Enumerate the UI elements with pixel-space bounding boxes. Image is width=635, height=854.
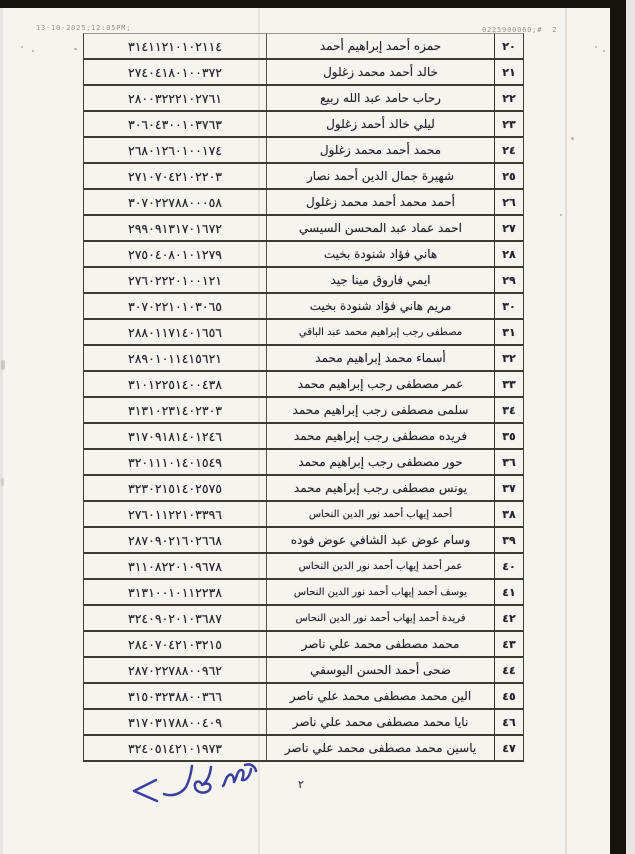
- row-number-cell: ٣٣: [494, 372, 523, 396]
- national-id-cell: ٣١٤١١٢١٠١٠٢١١٤: [84, 34, 267, 58]
- national-id-cell: ٢٧٥٠٤٠٨٠١٠١٢٧٩: [84, 242, 267, 266]
- table-row: ٢٧٥٠٤٠٨٠١٠١٢٧٩هاني فؤاد شنودة بخيت٢٨: [84, 242, 523, 268]
- scan-artifact-dot: [21, 46, 23, 48]
- row-number-cell: ٣٨: [494, 502, 523, 526]
- national-id-cell: ٢٨٩٠١٠١١٤١٥٦٢١: [84, 346, 267, 370]
- table-row: ٣٢٠١١١٠١٤٠١٥٤٩حور مصطفى رجب إبراهيم محمد…: [84, 450, 523, 476]
- student-name-cell: نايا محمد مصطفى محمد علي ناصر: [267, 710, 494, 734]
- student-name-cell: ليلي خالد أحمد زغلول: [267, 112, 494, 136]
- national-id-cell: ٣٠٧٠٢٢٧٨٨٠٠٠٥٨: [84, 190, 267, 214]
- table-row: ٢٧١٠٧٠٤٢١٠٢٢٠٣شهيرة جمال الدين أحمد نصار…: [84, 164, 523, 190]
- scan-artifact-dot: [603, 50, 605, 52]
- scan-artifact-dot: [560, 214, 562, 216]
- table-row: ٣١١٠٨٢٢٠١٠٩٦٧٨عمر أحمد إيهاب أحمد نور ال…: [84, 554, 523, 580]
- row-number-cell: ٤٢: [494, 606, 523, 630]
- scanned-page: 13-10-2025;12:05PM; 0225900060;# 2 ٣١٤١١…: [0, 0, 635, 854]
- row-number-cell: ٤٥: [494, 684, 523, 708]
- national-id-cell: ٣١٧٠٩١٨١٤٠١٢٤٦: [84, 424, 267, 448]
- table-row: ٣١٤١١٢١٠١٠٢١١٤حمزه أحمد إبراهيم أحمد٢٠: [84, 34, 523, 60]
- national-id-cell: ٢٧٦٠١١٢٢١٠٣٣٩٦: [84, 502, 267, 526]
- table-row: ٢٨٠٠٣٢٢٢١٠٢٧٦١رحاب حامد عبد الله ربيع٢٢: [84, 86, 523, 112]
- national-id-cell: ٢٨٤٠٧٠٤٢١٠٣٢١٥: [84, 632, 267, 656]
- row-number-cell: ٣٥: [494, 424, 523, 448]
- student-name-cell: شهيرة جمال الدين أحمد نصار: [267, 164, 494, 188]
- scan-left-edge: [0, 8, 3, 854]
- table-row: ٢٧٤٠٤١٨٠١٠٠٣٧٢خالد أحمد محمد زغلول٢١: [84, 60, 523, 86]
- student-name-cell: ضحى أحمد الحسن اليوسفي: [267, 658, 494, 682]
- table-row: ٢٨٩٠١٠١١٤١٥٦٢١أسماء محمد إبراهيم محمد٣٢: [84, 346, 523, 372]
- row-number-cell: ٣١: [494, 320, 523, 344]
- national-id-cell: ٢٨٠٠٣٢٢٢١٠٢٧٦١: [84, 86, 267, 110]
- table-row: ٣٠٧٠٢٢١٠١٠٣٠٦٥مريم هاني فؤاد شنودة بخيت٣…: [84, 294, 523, 320]
- scan-artifact-smudge: [1, 478, 4, 486]
- scan-artifact-dot: [571, 137, 574, 140]
- student-name-cell: يونس مصطفى رجب إبراهيم محمد: [267, 476, 494, 500]
- student-name-cell: عمر مصطفى رجب إبراهيم محمد: [267, 372, 494, 396]
- scan-artifact-smudge: [1, 360, 5, 370]
- row-number-cell: ٢٥: [494, 164, 523, 188]
- page-number: ٢: [298, 778, 304, 791]
- student-name-cell: محمد مصطفى محمد علي ناصر: [267, 632, 494, 656]
- row-number-cell: ٢٩: [494, 268, 523, 292]
- national-id-cell: ٣٢٣٠٢١٥١٤٠٢٥٧٥: [84, 476, 267, 500]
- student-name-cell: هاني فؤاد شنودة بخيت: [267, 242, 494, 266]
- national-id-cell: ٣١١٠٨٢٢٠١٠٩٦٧٨: [84, 554, 267, 578]
- national-id-cell: ٣٢٤٠٩٠٢٠١٠٣٦٨٧: [84, 606, 267, 630]
- national-id-cell: ٣٠٦٠٤٣٠٠١٠٣٧٦٣: [84, 112, 267, 136]
- student-name-cell: ياسين محمد مصطفى محمد علي ناصر: [267, 736, 494, 760]
- student-name-cell: حمزه أحمد إبراهيم أحمد: [267, 34, 494, 58]
- student-name-cell: مصطفى رجب إبراهيم محمد عبد الباقي: [267, 320, 494, 344]
- row-number-cell: ٢٦: [494, 190, 523, 214]
- national-id-cell: ٢٧٦٠٢٢٢٠١٠٠١٢١: [84, 268, 267, 292]
- national-id-cell: ٢٨٧٠٢٢٧٨٨٠٠٩٦٢: [84, 658, 267, 682]
- national-id-cell: ٣٢٤٠٥١٤٢١٠١٩٧٣: [84, 736, 267, 760]
- row-number-cell: ٢٢: [494, 86, 523, 110]
- national-id-cell: ٣١٣١٠٠١٠١١٢٢٣٨: [84, 580, 267, 604]
- row-number-cell: ٢٨: [494, 242, 523, 266]
- roster-table-body: ٣١٤١١٢١٠١٠٢١١٤حمزه أحمد إبراهيم أحمد٢٠٢٧…: [84, 34, 523, 762]
- row-number-cell: ٣٩: [494, 528, 523, 552]
- student-name-cell: رحاب حامد عبد الله ربيع: [267, 86, 494, 110]
- table-row: ٢٧٦٠٢٢٢٠١٠٠١٢١ايمي فاروق مينا جيد٢٩: [84, 268, 523, 294]
- table-row: ٣٠٧٠٢٢٧٨٨٠٠٠٥٨أحمد محمد أحمد محمد زغلول٢…: [84, 190, 523, 216]
- student-name-cell: أسماء محمد إبراهيم محمد: [267, 346, 494, 370]
- row-number-cell: ٢٣: [494, 112, 523, 136]
- table-row: ٢٦٨٠١٢٦٠١٠٠١٧٤محمد أحمد محمد زغلول٢٤: [84, 138, 523, 164]
- student-name-cell: وسام عوض عبد الشافي عوض فوده: [267, 528, 494, 552]
- scan-artifact-dot: [74, 48, 77, 50]
- scan-right-margin: [626, 0, 635, 854]
- table-row: ٢٨٤٠٧٠٤٢١٠٣٢١٥محمد مصطفى محمد علي ناصر٤٣: [84, 632, 523, 658]
- national-id-cell: ٣١٠١٢٢٥١٤٠٠٤٣٨: [84, 372, 267, 396]
- table-row: ٢٨٧٠٢٢٧٨٨٠٠٩٦٢ضحى أحمد الحسن اليوسفي٤٤: [84, 658, 523, 684]
- table-row: ٣١٣١٠٠١٠١١٢٢٣٨يوسف أحمد إيهاب أحمد نور ا…: [84, 580, 523, 606]
- student-name-cell: مريم هاني فؤاد شنودة بخيت: [267, 294, 494, 318]
- student-name-cell: أحمد إيهاب أحمد نور الدين النحاس: [267, 502, 494, 526]
- paper-crease-right: [565, 8, 567, 854]
- scan-right-border: [610, 0, 626, 854]
- row-number-cell: ٤٦: [494, 710, 523, 734]
- student-name-cell: عمر أحمد إيهاب أحمد نور الدين النحاس: [267, 554, 494, 578]
- table-row: ٣١٣١٠٢٣١٤٠٢٣٠٣سلمى مصطفى رجب إبراهيم محم…: [84, 398, 523, 424]
- signature-ink: [128, 761, 258, 805]
- scan-artifact-dot: [32, 50, 34, 52]
- row-number-cell: ٤٠: [494, 554, 523, 578]
- table-row: ٣٢٤٠٩٠٢٠١٠٣٦٨٧فريدة أحمد إيهاب أحمد نور …: [84, 606, 523, 632]
- row-number-cell: ٣٧: [494, 476, 523, 500]
- row-number-cell: ٢٠: [494, 34, 523, 58]
- national-id-cell: ٢٩٩٠٩١٣١٧٠١٦٧٢: [84, 216, 267, 240]
- row-number-cell: ٤٣: [494, 632, 523, 656]
- student-name-cell: فريده مصطفى رجب إبراهيم محمد: [267, 424, 494, 448]
- national-id-cell: ٣١٧٠٣١٧٨٨٠٠٤٠٩: [84, 710, 267, 734]
- row-number-cell: ٣٠: [494, 294, 523, 318]
- student-name-cell: يوسف أحمد إيهاب أحمد نور الدين النحاس: [267, 580, 494, 604]
- table-row: ٢٧٦٠١١٢٢١٠٣٣٩٦أحمد إيهاب أحمد نور الدين …: [84, 502, 523, 528]
- row-number-cell: ٣٦: [494, 450, 523, 474]
- row-number-cell: ٣٢: [494, 346, 523, 370]
- national-id-cell: ٣١٣١٠٢٣١٤٠٢٣٠٣: [84, 398, 267, 422]
- row-number-cell: ٢١: [494, 60, 523, 84]
- table-row: ٣١٥٠٣٢٣٨٨٠٠٣٦٦الين محمد مصطفى محمد علي ن…: [84, 684, 523, 710]
- scan-artifact-dot: [595, 46, 597, 48]
- row-number-cell: ٤١: [494, 580, 523, 604]
- row-number-cell: ٤٧: [494, 736, 523, 760]
- row-number-cell: ٢٤: [494, 138, 523, 162]
- fax-timestamp: 13-10-2025;12:05PM;: [36, 24, 131, 32]
- table-row: ٣٢٤٠٥١٤٢١٠١٩٧٣ياسين محمد مصطفى محمد علي …: [84, 736, 523, 762]
- row-number-cell: ٢٧: [494, 216, 523, 240]
- table-row: ٣٢٣٠٢١٥١٤٠٢٥٧٥يونس مصطفى رجب إبراهيم محم…: [84, 476, 523, 502]
- national-id-cell: ٢٧١٠٧٠٤٢١٠٢٢٠٣: [84, 164, 267, 188]
- national-id-cell: ٣٢٠١١١٠١٤٠١٥٤٩: [84, 450, 267, 474]
- roster-table: ٣١٤١١٢١٠١٠٢١١٤حمزه أحمد إبراهيم أحمد٢٠٢٧…: [83, 33, 524, 762]
- national-id-cell: ٢٧٤٠٤١٨٠١٠٠٣٧٢: [84, 60, 267, 84]
- table-row: ٣١٧٠٩١٨١٤٠١٢٤٦فريده مصطفى رجب إبراهيم مح…: [84, 424, 523, 450]
- national-id-cell: ٣٠٧٠٢٢١٠١٠٣٠٦٥: [84, 294, 267, 318]
- row-number-cell: ٤٤: [494, 658, 523, 682]
- student-name-cell: فريدة أحمد إيهاب أحمد نور الدين النحاس: [267, 606, 494, 630]
- national-id-cell: ٣١٥٠٣٢٣٨٨٠٠٣٦٦: [84, 684, 267, 708]
- student-name-cell: خالد أحمد محمد زغلول: [267, 60, 494, 84]
- table-row: ٢٩٩٠٩١٣١٧٠١٦٧٢احمد عماد عبد المحسن السيس…: [84, 216, 523, 242]
- row-number-cell: ٣٤: [494, 398, 523, 422]
- student-name-cell: محمد أحمد محمد زغلول: [267, 138, 494, 162]
- student-name-cell: حور مصطفى رجب إبراهيم محمد: [267, 450, 494, 474]
- student-name-cell: ايمي فاروق مينا جيد: [267, 268, 494, 292]
- national-id-cell: ٢٨٨٠١١٧١٤٠١٦٥٦: [84, 320, 267, 344]
- table-row: ٢٨٨٠١١٧١٤٠١٦٥٦مصطفى رجب إبراهيم محمد عبد…: [84, 320, 523, 346]
- student-name-cell: سلمى مصطفى رجب إبراهيم محمد: [267, 398, 494, 422]
- national-id-cell: ٢٨٧٠٩٠٢١٦٠٢٦٦٨: [84, 528, 267, 552]
- table-row: ٣١٠١٢٢٥١٤٠٠٤٣٨عمر مصطفى رجب إبراهيم محمد…: [84, 372, 523, 398]
- scan-top-border: [0, 0, 622, 8]
- national-id-cell: ٢٦٨٠١٢٦٠١٠٠١٧٤: [84, 138, 267, 162]
- student-name-cell: احمد عماد عبد المحسن السيسي: [267, 216, 494, 240]
- table-row: ٣٠٦٠٤٣٠٠١٠٣٧٦٣ليلي خالد أحمد زغلول٢٣: [84, 112, 523, 138]
- table-row: ٢٨٧٠٩٠٢١٦٠٢٦٦٨وسام عوض عبد الشافي عوض فو…: [84, 528, 523, 554]
- student-name-cell: الين محمد مصطفى محمد علي ناصر: [267, 684, 494, 708]
- table-row: ٣١٧٠٣١٧٨٨٠٠٤٠٩نايا محمد مصطفى محمد علي ن…: [84, 710, 523, 736]
- student-name-cell: أحمد محمد أحمد محمد زغلول: [267, 190, 494, 214]
